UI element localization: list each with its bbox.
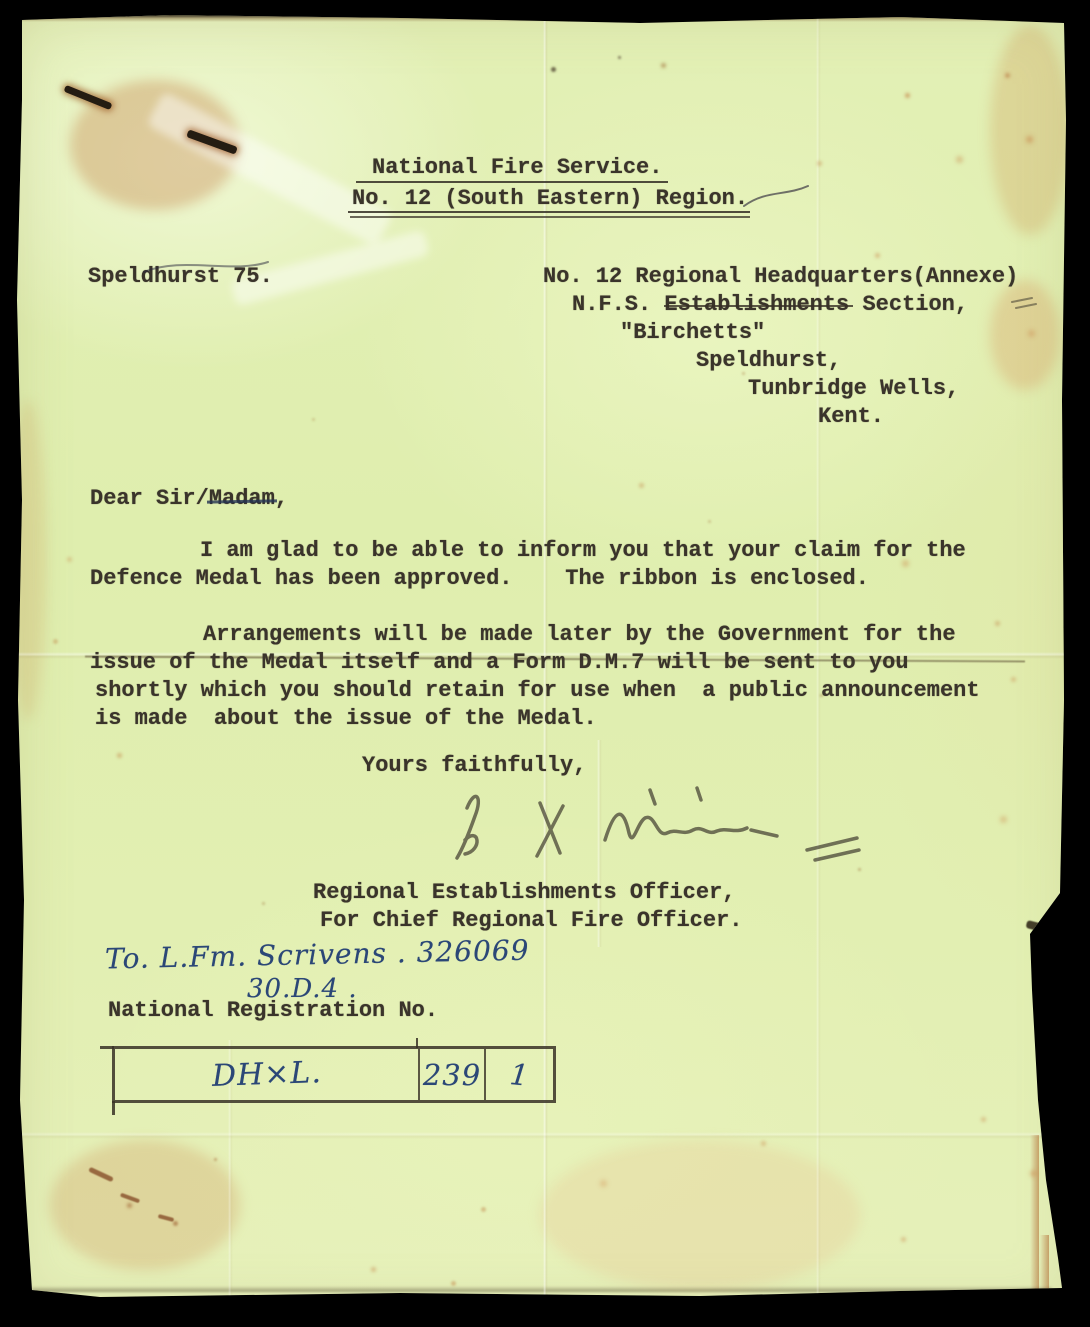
foxing-spots	[0, 0, 3, 3]
sender-address-line-3: "Birchetts"	[620, 320, 765, 346]
sender-address-line-2: N.F.S. Establishments Section,	[572, 292, 968, 318]
pen-dash-icon	[1012, 294, 1042, 312]
rust-right-edge-lower	[1040, 1235, 1049, 1290]
letter-sheet: National Fire Service. No. 12 (South Eas…	[0, 0, 1090, 1327]
stamp-code-value: DH×L.	[211, 1055, 322, 1094]
letterhead-underline-2	[348, 211, 750, 213]
stamp-cell-code: DH×L.	[115, 1049, 418, 1100]
rust-stain	[50, 1140, 240, 1270]
pen-swoosh-icon	[142, 256, 272, 278]
address-line2-struck-word: Establishments	[664, 292, 849, 317]
body-para2-line3: shortly which you should retain for use …	[95, 678, 980, 704]
pen-flourish-icon	[742, 184, 812, 210]
stamp-count-value: 1	[508, 1057, 531, 1093]
salutation-struck-word: Madam	[209, 486, 275, 511]
torn-notch	[1026, 920, 1061, 936]
stamp-cell-count: 1	[484, 1049, 553, 1100]
bottom-edge-shadow	[32, 1286, 1052, 1292]
stamp-number-value: 239	[423, 1058, 481, 1092]
sender-address-line-6: Kent.	[818, 404, 884, 430]
body-para1-line1: I am glad to be able to inform you that …	[200, 538, 966, 564]
box-tick	[112, 1101, 115, 1115]
signature-scrawl	[445, 778, 885, 878]
letterhead-region: No. 12 (South Eastern) Region.	[352, 186, 748, 212]
registration-label: National Registration No.	[108, 998, 438, 1024]
salutation: Dear Sir/Madam,	[90, 486, 288, 512]
body-para2-line2: issue of the Medal itself and a Form D.M…	[90, 650, 909, 676]
sender-address-line-1: No. 12 Regional Headquarters(Annexe)	[543, 264, 1018, 290]
signatory-role-1: Regional Establishments Officer,	[313, 880, 735, 906]
stamp-cell-number: 239	[418, 1049, 484, 1100]
salutation-pre: Dear Sir/	[90, 486, 209, 511]
body-para2-line1: Arrangements will be made later by the G…	[203, 622, 956, 648]
body-para2-line4: is made about the issue of the Medal.	[95, 706, 597, 732]
letterhead-underline-1	[356, 181, 668, 183]
registration-stamp-box: DH×L. 239 1	[112, 1046, 556, 1103]
address-line2-pre: N.F.S.	[572, 292, 664, 317]
burnt-top-edge	[22, 15, 1066, 22]
rust-stain	[10, 400, 46, 720]
signatory-role-2: For Chief Regional Fire Officer.	[320, 908, 742, 934]
sender-address-line-5: Tunbridge Wells,	[748, 376, 959, 402]
valediction: Yours faithfully,	[362, 753, 586, 779]
rust-stain	[540, 1140, 860, 1290]
letterhead-title: National Fire Service.	[372, 155, 662, 181]
address-line2-post: Section,	[849, 292, 968, 317]
body-para1-line2: Defence Medal has been approved. The rib…	[90, 566, 869, 592]
scan-background: National Fire Service. No. 12 (South Eas…	[0, 0, 1090, 1327]
rust-right-edge	[1030, 1135, 1039, 1295]
horizontal-fold	[0, 1132, 1090, 1139]
letterhead-underline-3	[350, 216, 750, 218]
sender-address-line-4: Speldhurst,	[696, 348, 841, 374]
recipient-handwritten-name: To. L.Fm. Scrivens . 326069	[105, 934, 530, 976]
rust-stain	[990, 25, 1070, 235]
